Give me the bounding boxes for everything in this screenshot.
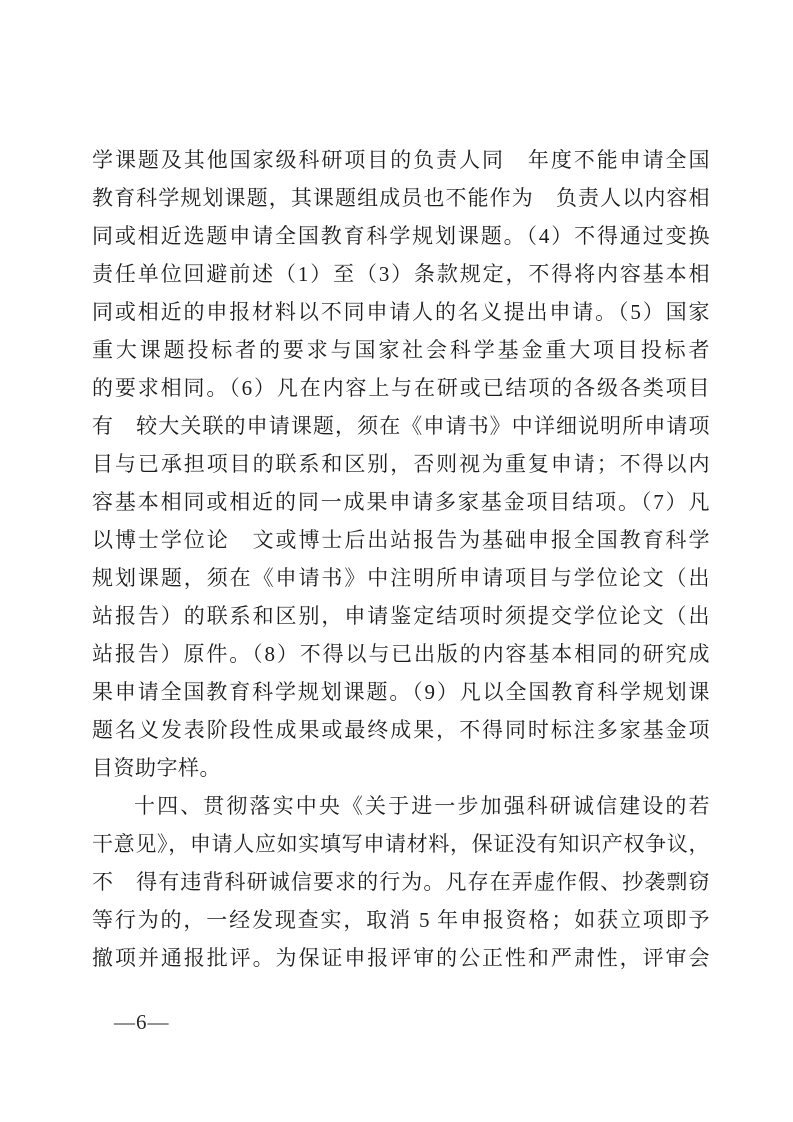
document-line: 容基本相同或相近的同一成果申请多家基金项目结项。（7）凡 (92, 483, 710, 521)
page-number: —6— (114, 1008, 170, 1036)
document-line: 同或相近选题申请全国教育科学规划课题。（4）不得通过变换 (92, 217, 710, 255)
document-line: 题名义发表阶段性成果或最终成果，不得同时标注多家基金项 (92, 711, 710, 749)
document-line: 不 得有违背科研诚信要求的行为。凡存在弄虚作假、抄袭剽窃 (92, 863, 710, 901)
document-line: 等行为的，一经发现查实，取消 5 年申报资格；如获立项即予 (92, 901, 710, 939)
document-line: 同或相近的申报材料以不同申请人的名义提出申请。（5）国家 (92, 293, 710, 331)
document-line-paragraph-end: 目资助字样。 (92, 749, 710, 787)
document-line: 的要求相同。（6）凡在内容上与在研或已结项的各级各类项目 (92, 369, 710, 407)
document-line: 站报告）的联系和区别，申请鉴定结项时须提交学位论文（出 (92, 597, 710, 635)
document-page: 学课题及其他国家级科研项目的负责人同 年度不能申请全国 教育科学规划课题，其课题… (0, 0, 793, 1122)
document-line: 目与已承担项目的联系和区别，否则视为重复申请；不得以内 (92, 445, 710, 483)
document-line-paragraph-start: 十四、贯彻落实中央《关于进一步加强科研诚信建设的若 (92, 787, 710, 825)
document-line: 干意见》，申请人应如实填写申请材料，保证没有知识产权争议， (92, 825, 710, 863)
document-line: 撤项并通报批评。为保证申报评审的公正性和严肃性，评审会 (92, 939, 710, 977)
document-line: 果申请全国教育科学规划课题。（9）凡以全国教育科学规划课 (92, 673, 710, 711)
document-line: 重大课题投标者的要求与国家社会科学基金重大项目投标者 (92, 331, 710, 369)
text-block: 学课题及其他国家级科研项目的负责人同 年度不能申请全国 教育科学规划课题，其课题… (92, 141, 710, 977)
document-line: 责任单位回避前述（1）至（3）条款规定，不得将内容基本相 (92, 255, 710, 293)
document-line: 学课题及其他国家级科研项目的负责人同 年度不能申请全国 (92, 141, 710, 179)
document-line: 规划课题，须在《申请书》中注明所申请项目与学位论文（出 (92, 559, 710, 597)
document-line: 站报告）原件。（8）不得以与已出版的内容基本相同的研究成 (92, 635, 710, 673)
document-line: 教育科学规划课题，其课题组成员也不能作为 负责人以内容相 (92, 179, 710, 217)
document-line: 以博士学位论 文或博士后出站报告为基础申报全国教育科学 (92, 521, 710, 559)
document-line: 有 较大关联的申请课题，须在《申请书》中详细说明所申请项 (92, 407, 710, 445)
